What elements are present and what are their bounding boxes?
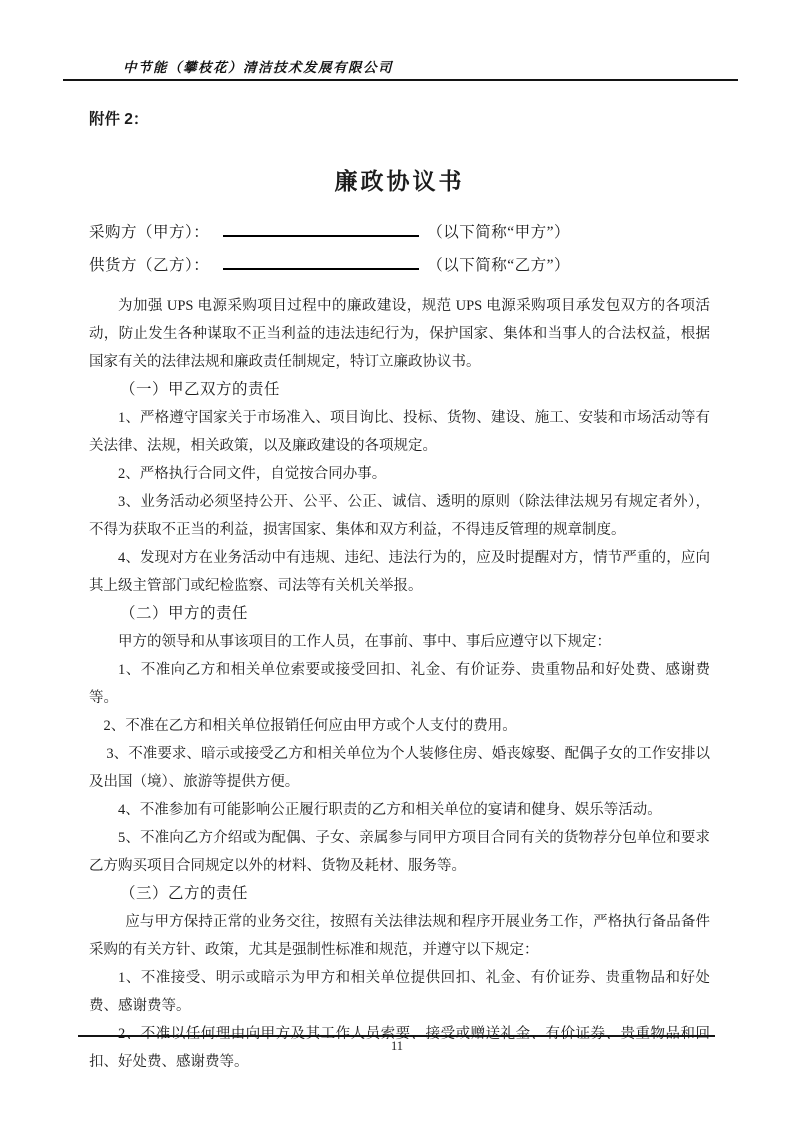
party-row-supplier: 供货方（乙方）：（以下简称“乙方”） — [89, 249, 710, 282]
parties-block: 采购方（甲方）：（以下简称“甲方”） 供货方（乙方）：（以下简称“乙方”） — [89, 216, 710, 282]
attachment-label: 附件 2： — [89, 110, 710, 130]
document-page: 中节能（攀枝花）清洁技术发展有限公司 附件 2： 廉政协议书 采购方（甲方）：（… — [0, 0, 794, 1123]
company-name: 中节能（攀枝花）清洁技术发展有限公司 — [123, 56, 738, 76]
section-2-intro: 甲方的领导和从事该项目的工作人员，在事前、事中、事后应遵守以下规定： — [89, 628, 710, 656]
section-2-heading: （二）甲方的责任 — [89, 600, 710, 628]
supplier-label: 供货方（乙方）： — [89, 257, 209, 274]
list-item: 2、严格执行合同文件，自觉按合同办事。 — [89, 460, 710, 488]
section-1-heading: （一）甲乙双方的责任 — [89, 376, 710, 404]
page-title: 廉政协议书 — [89, 166, 710, 196]
agreement-text: 为加强 UPS 电源采购项目过程中的廉政建设，规范 UPS 电源采购项目承发包双… — [89, 292, 710, 1076]
list-item: 1、不准接受、明示或暗示为甲方和相关单位提供回扣、礼金、有价证券、贵重物品和好处… — [89, 964, 710, 1020]
document-body: 附件 2： 廉政协议书 采购方（甲方）：（以下简称“甲方”） 供货方（乙方）：（… — [89, 94, 710, 1076]
buyer-fill-in-blank — [223, 222, 419, 237]
buyer-note: （以下简称“甲方”） — [427, 224, 570, 241]
list-item: 3、业务活动必须坚持公开、公平、公正、诚信、透明的原则（除法律法规另有规定者外）… — [89, 488, 710, 544]
list-item: 5、不准向乙方介绍或为配偶、子女、亲属参与同甲方项目合同有关的货物荐分包单位和要… — [89, 824, 710, 880]
list-item: 1、不准向乙方和相关单位索要或接受回扣、礼金、有价证券、贵重物品和好处费、感谢费… — [89, 656, 710, 712]
supplier-note: （以下简称“乙方”） — [427, 257, 570, 274]
intro-paragraph: 为加强 UPS 电源采购项目过程中的廉政建设，规范 UPS 电源采购项目承发包双… — [89, 292, 710, 376]
party-row-buyer: 采购方（甲方）：（以下简称“甲方”） — [89, 216, 710, 249]
list-item: 1、严格遵守国家关于市场准入、项目询比、投标、货物、建设、施工、安装和市场活动等… — [89, 404, 710, 460]
page-header: 中节能（攀枝花）清洁技术发展有限公司 — [63, 56, 738, 81]
list-item: 4、不准参加有可能影响公正履行职责的乙方和相关单位的宴请和健身、娱乐等活动。 — [89, 796, 710, 824]
list-item: 4、发现对方在业务活动中有违规、违纪、违法行为的，应及时提醒对方，情节严重的，应… — [89, 544, 710, 600]
buyer-label: 采购方（甲方）： — [89, 224, 209, 241]
list-item: 3、不准要求、暗示或接受乙方和相关单位为个人装修住房、婚丧嫁娶、配偶子女的工作安… — [89, 740, 710, 796]
supplier-fill-in-blank — [223, 255, 419, 270]
section-3-intro: 应与甲方保持正常的业务交往，按照有关法律法规和程序开展业务工作，严格执行备品备件… — [89, 908, 710, 964]
page-number: 11 — [0, 1039, 794, 1054]
list-item: 2、不准在乙方和相关单位报销任何应由甲方或个人支付的费用。 — [89, 712, 710, 740]
section-3-heading: （三）乙方的责任 — [89, 880, 710, 908]
footer-divider — [78, 1035, 715, 1037]
